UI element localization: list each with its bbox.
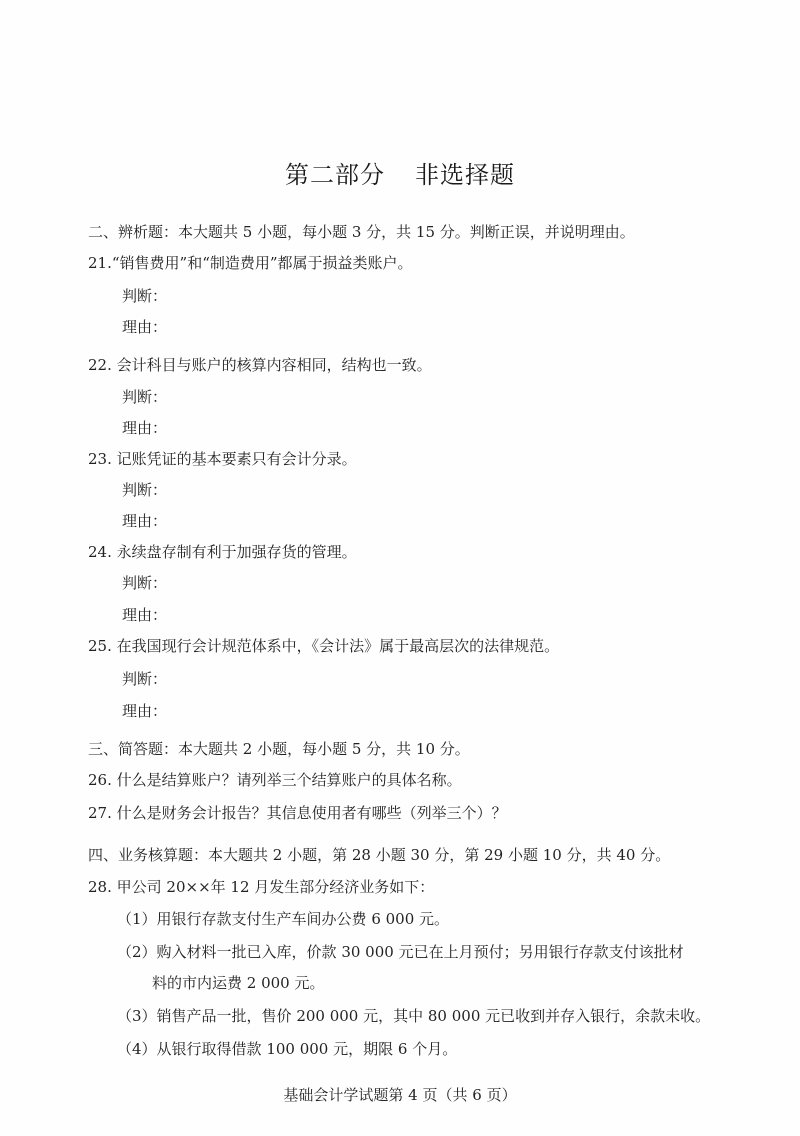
- question-text: “销售费用”和“制造费用”都属于损益类账户。: [112, 254, 413, 272]
- question-27: 27. 什么是财务会计报告？其信息使用者有哪些（列举三个）？: [88, 803, 507, 823]
- page-title: 第二部分非选择题: [0, 155, 800, 190]
- reason-label: 理由：: [122, 511, 167, 531]
- transaction-item-4: （4）从银行取得借款 100 000 元，期限 6 个月。: [117, 1039, 457, 1059]
- question-text: 永续盘存制有利于加强存货的管理。: [117, 543, 357, 561]
- item-label: （2）: [117, 943, 157, 961]
- question-number: 25.: [88, 637, 112, 655]
- question-26: 26. 什么是结算账户？请列举三个结算账户的具体名称。: [88, 770, 462, 790]
- section-heading-analysis: 二、辨析题：本大题共 5 小题，每小题 3 分，共 15 分。判断正误，并说明理…: [88, 222, 635, 242]
- item-label: （4）: [117, 1040, 157, 1058]
- question-number: 23.: [88, 450, 112, 468]
- question-23: 23. 记账凭证的基本要素只有会计分录。: [88, 449, 357, 469]
- item-text: 销售产品一批，售价 200 000 元，其中 80 000 元已收到并存入银行，…: [157, 1007, 711, 1025]
- judge-label: 判断：: [122, 286, 167, 306]
- reason-label: 理由：: [122, 701, 167, 721]
- question-text: 什么是财务会计报告？其信息使用者有哪些（列举三个）？: [117, 804, 507, 822]
- question-text: 会计科目与账户的核算内容相同，结构也一致。: [117, 356, 432, 374]
- question-24: 24. 永续盘存制有利于加强存货的管理。: [88, 542, 357, 562]
- question-21: 21.“销售费用”和“制造费用”都属于损益类账户。: [88, 253, 413, 273]
- question-25: 25. 在我国现行会计规范体系中，《会计法》属于最高层次的法律规范。: [88, 636, 559, 656]
- item-label: （1）: [117, 910, 157, 928]
- question-text: 甲公司 20××年 12 月发生部分经济业务如下：: [117, 878, 435, 896]
- question-number: 26.: [88, 771, 112, 789]
- item-label: （3）: [117, 1007, 157, 1025]
- item-text: 从银行取得借款 100 000 元，期限 6 个月。: [157, 1040, 458, 1058]
- title-part: 第二部分: [285, 161, 385, 189]
- judge-label: 判断：: [122, 480, 167, 500]
- page-footer: 基础会计学试题第 4 页（共 6 页）: [0, 1084, 800, 1105]
- question-text: 什么是结算账户？请列举三个结算账户的具体名称。: [117, 771, 462, 789]
- item-text: 用银行存款支付生产车间办公费 6 000 元。: [157, 910, 449, 928]
- question-28: 28. 甲公司 20××年 12 月发生部分经济业务如下：: [88, 877, 434, 897]
- section-heading-calculation: 四、业务核算题：本大题共 2 小题，第 28 小题 30 分，第 29 小题 1…: [88, 845, 670, 865]
- question-number: 28.: [88, 878, 112, 896]
- question-text: 在我国现行会计规范体系中，《会计法》属于最高层次的法律规范。: [117, 637, 560, 655]
- transaction-item-2: （2）购入材料一批已入库，价款 30 000 元已在上月预付；另用银行存款支付该…: [117, 942, 684, 962]
- question-text: 记账凭证的基本要素只有会计分录。: [117, 450, 357, 468]
- question-number: 22.: [88, 356, 112, 374]
- exam-page: 第二部分非选择题 二、辨析题：本大题共 5 小题，每小题 3 分，共 15 分。…: [0, 0, 800, 1136]
- question-number: 21.: [88, 254, 112, 272]
- reason-label: 理由：: [122, 605, 167, 625]
- reason-label: 理由：: [122, 317, 167, 337]
- title-name: 非选择题: [415, 161, 515, 189]
- judge-label: 判断：: [122, 387, 167, 407]
- question-22: 22. 会计科目与账户的核算内容相同，结构也一致。: [88, 355, 432, 375]
- question-number: 24.: [88, 543, 112, 561]
- judge-label: 判断：: [122, 573, 167, 593]
- judge-label: 判断：: [122, 669, 167, 689]
- transaction-item-1: （1）用银行存款支付生产车间办公费 6 000 元。: [117, 909, 449, 929]
- reason-label: 理由：: [122, 418, 167, 438]
- question-number: 27.: [88, 804, 112, 822]
- transaction-item-2-continuation: 料的市内运费 2 000 元。: [152, 973, 324, 993]
- section-heading-short-answer: 三、简答题：本大题共 2 小题，每小题 5 分，共 10 分。: [88, 739, 470, 759]
- transaction-item-3: （3）销售产品一批，售价 200 000 元，其中 80 000 元已收到并存入…: [117, 1006, 710, 1026]
- item-text: 购入材料一批已入库，价款 30 000 元已在上月预付；另用银行存款支付该批材: [157, 943, 684, 961]
